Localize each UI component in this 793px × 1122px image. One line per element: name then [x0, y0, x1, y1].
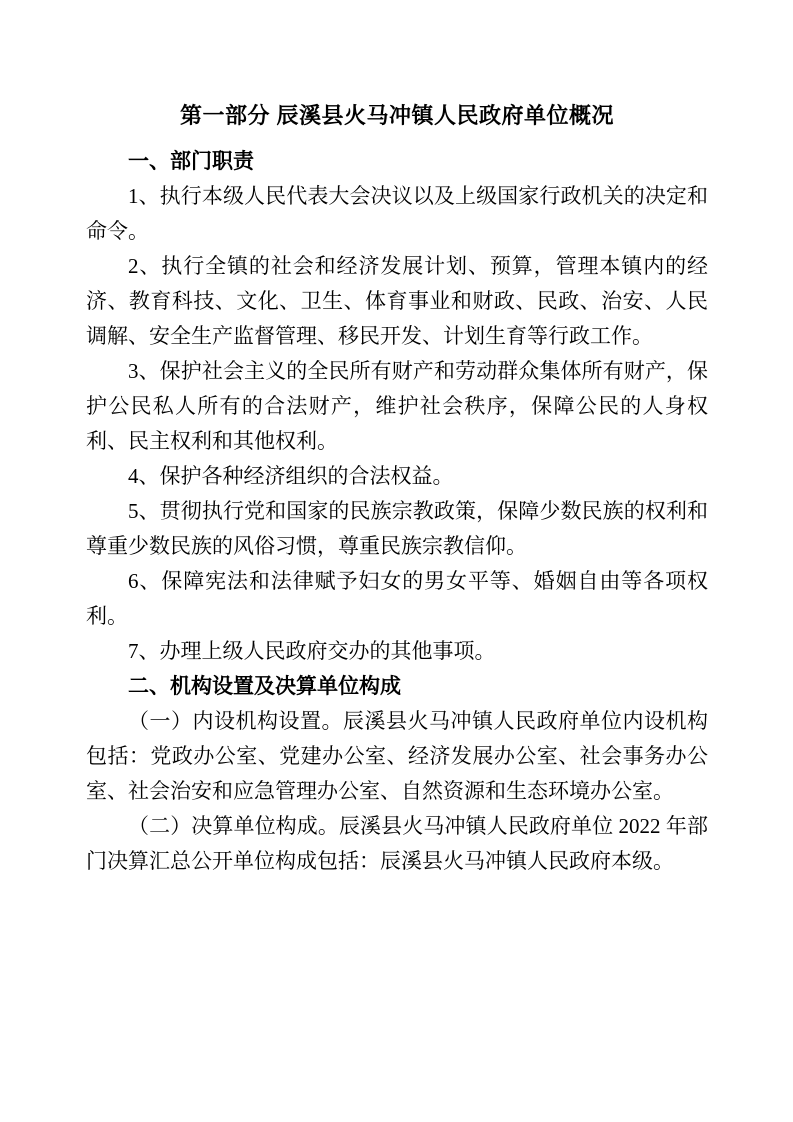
section-heading-duties: 一、部门职责 — [86, 144, 708, 179]
paragraph-duty-5: 5、贯彻执行党和国家的民族宗教政策，保障少数民族的权利和尊重少数民族的风俗习惯，… — [86, 494, 708, 564]
paragraph-duty-3: 3、保护社会主义的全民所有财产和劳动群众集体所有财产，保护公民私人所有的合法财产… — [86, 354, 708, 459]
section-heading-structure: 二、机构设置及决算单位构成 — [86, 669, 708, 704]
paragraph-duty-6: 6、保障宪法和法律赋予妇女的男女平等、婚姻自由等各项权利。 — [86, 564, 708, 634]
paragraph-duty-4: 4、保护各种经济组织的合法权益。 — [86, 459, 708, 494]
paragraph-duty-1: 1、执行本级人民代表大会决议以及上级国家行政机关的决定和命令。 — [86, 179, 708, 249]
paragraph-structure-1: （一）内设机构设置。辰溪县火马冲镇人民政府单位内设机构包括：党政办公室、党建办公… — [86, 704, 708, 809]
paragraph-structure-2: （二）决算单位构成。辰溪县火马冲镇人民政府单位 2022 年部门决算汇总公开单位… — [86, 809, 708, 879]
paragraph-duty-7: 7、办理上级人民政府交办的其他事项。 — [86, 634, 708, 669]
paragraph-duty-2: 2、执行全镇的社会和经济发展计划、预算，管理本镇内的经济、教育科技、文化、卫生、… — [86, 249, 708, 354]
document-title: 第一部分 辰溪县火马冲镇人民政府单位概况 — [86, 101, 708, 131]
document-page: 第一部分 辰溪县火马冲镇人民政府单位概况 一、部门职责 1、执行本级人民代表大会… — [0, 0, 793, 1122]
